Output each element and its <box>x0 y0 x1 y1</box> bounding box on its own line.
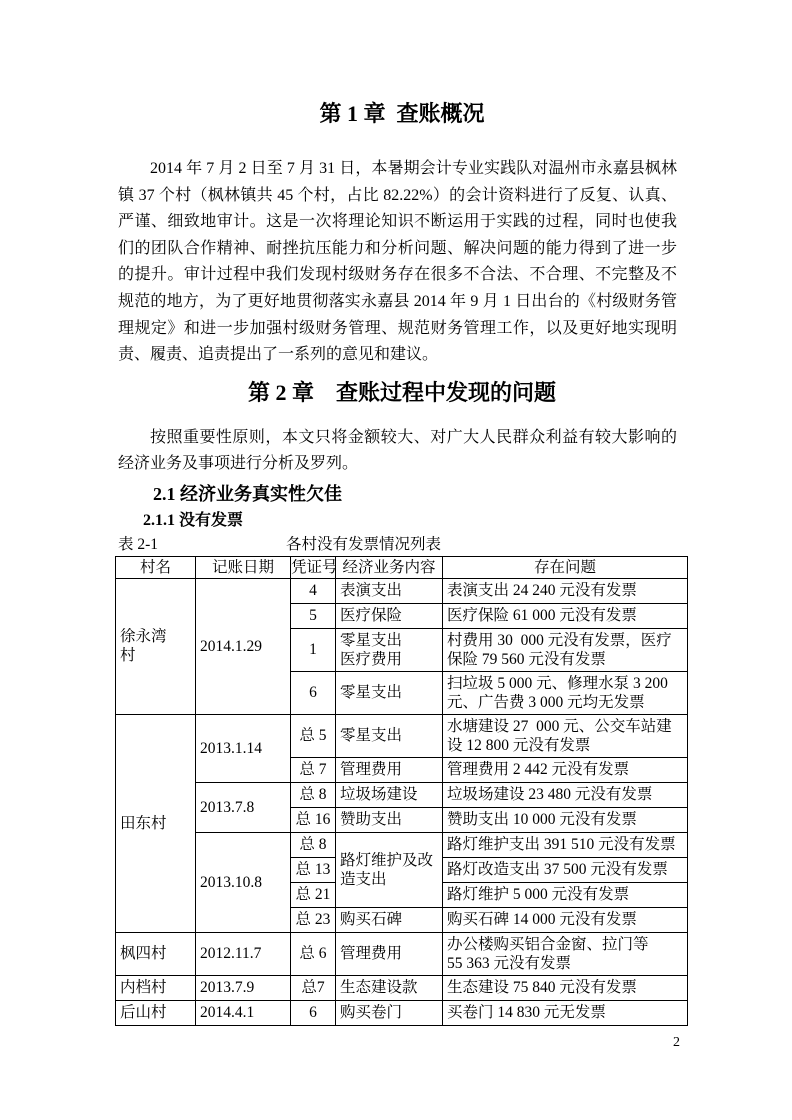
table-row: 2013.7.8总 8垃圾场建设垃圾场建设 23 480 元没有发票 <box>116 782 688 807</box>
table-cell: 路灯维护支出 391 510 元没有发票 <box>443 832 688 857</box>
document-page: 第 1 章 查账概况 2014 年 7 月 2 日至 7 月 31 日，本暑期会… <box>0 0 792 1120</box>
table-caption-label: 表 2-1 <box>118 534 158 555</box>
table-header-cell: 经济业务内容 <box>336 556 443 578</box>
chapter-1-heading: 第 1 章 查账概况 <box>115 98 689 130</box>
table-cell: 2013.10.8 <box>196 832 291 932</box>
table-cell: 总 6 <box>291 932 336 975</box>
table-cell: 总 13 <box>291 857 336 882</box>
table-cell: 生态建设 75 840 元没有发票 <box>443 975 688 1000</box>
chapter-1-paragraph: 2014 年 7 月 2 日至 7 月 31 日，本暑期会计专业实践队对温州市永… <box>118 156 677 369</box>
section-2-1-heading: 2.1 经济业务真实性欠佳 <box>153 480 689 508</box>
table-cell: 购买卷门 <box>336 1000 443 1025</box>
table-cell: 医疗保险 <box>336 603 443 628</box>
table-cell: 路灯维护及改造支出 <box>336 832 443 907</box>
table-cell: 2012.11.7 <box>196 932 291 975</box>
table-cell: 6 <box>291 671 336 714</box>
table-cell: 办公楼购买铝合金窗、拉门等 55 363 元没有发票 <box>443 932 688 975</box>
table-row: 内档村2013.7.9总7生态建设款生态建设 75 840 元没有发票 <box>116 975 688 1000</box>
table-cell: 扫垃圾 5 000 元、修理水泵 3 200 元、广告费 3 000 元均无发票 <box>443 671 688 714</box>
table-cell: 总 7 <box>291 757 336 782</box>
table-cell: 购买石碑 14 000 元没有发票 <box>443 907 688 932</box>
table-header-cell: 凭证号 <box>291 556 336 578</box>
table-row: 后山村2014.4.16购买卷门买卷门 14 830 元无发票 <box>116 1000 688 1025</box>
table-cell: 零星支出 <box>336 671 443 714</box>
table-cell: 总 8 <box>291 782 336 807</box>
table-cell: 2013.7.8 <box>196 782 291 832</box>
table-cell: 生态建设款 <box>336 975 443 1000</box>
table-cell: 5 <box>291 603 336 628</box>
table-cell: 管理费用 <box>336 757 443 782</box>
table-cell: 枫四村 <box>116 932 196 975</box>
table-cell: 总 8 <box>291 832 336 857</box>
table-cell: 徐永湾 村 <box>116 578 196 714</box>
table-cell: 垃圾场建设 23 480 元没有发票 <box>443 782 688 807</box>
table-header-cell: 记账日期 <box>196 556 291 578</box>
table-cell: 总7 <box>291 975 336 1000</box>
table-cell: 路灯改造支出 37 500 元没有发票 <box>443 857 688 882</box>
page-number: 2 <box>673 1034 680 1052</box>
table-cell: 4 <box>291 578 336 603</box>
table-cell: 管理费用 <box>336 932 443 975</box>
chapter-2-paragraph: 按照重要性原则，本文只将金额较大、对广大人民群众利益有较大影响的经济业务及事项进… <box>118 425 677 478</box>
table-header-row: 村名记账日期凭证号经济业务内容存在问题 <box>116 556 688 578</box>
table-cell: 路灯维护 5 000 元没有发票 <box>443 882 688 907</box>
table-cell: 购买石碑 <box>336 907 443 932</box>
table-cell: 2013.1.14 <box>196 714 291 782</box>
table-cell: 总 23 <box>291 907 336 932</box>
table-header-cell: 村名 <box>116 556 196 578</box>
table-cell: 表演支出 <box>336 578 443 603</box>
table-cell: 后山村 <box>116 1000 196 1025</box>
table-cell: 2014.4.1 <box>196 1000 291 1025</box>
table-cell: 6 <box>291 1000 336 1025</box>
table-cell: 2014.1.29 <box>196 578 291 714</box>
table-cell: 表演支出 24 240 元没有发票 <box>443 578 688 603</box>
table-caption-title: 各村没有发票情况列表 <box>286 534 441 555</box>
table-cell: 医疗保险 61 000 元没有发票 <box>443 603 688 628</box>
table-caption: 表 2-1 各村没有发票情况列表 <box>118 534 689 555</box>
table-cell: 赞助支出 <box>336 807 443 832</box>
table-cell: 2013.7.9 <box>196 975 291 1000</box>
table-cell: 买卷门 14 830 元无发票 <box>443 1000 688 1025</box>
table-cell: 垃圾场建设 <box>336 782 443 807</box>
table-cell: 田东村 <box>116 714 196 932</box>
table-cell: 总 21 <box>291 882 336 907</box>
chapter-2-heading: 第 2 章 查账过程中发现的问题 <box>115 377 689 409</box>
table-cell: 内档村 <box>116 975 196 1000</box>
table-cell: 1 <box>291 628 336 671</box>
table-cell: 管理费用 2 442 元没有发票 <box>443 757 688 782</box>
no-invoice-table: 村名记账日期凭证号经济业务内容存在问题 徐永湾 村2014.1.294表演支出表… <box>115 556 688 1026</box>
table-cell: 总 16 <box>291 807 336 832</box>
table-cell: 水塘建设 27 000 元、公交车站建设 12 800 元没有发票 <box>443 714 688 757</box>
table-row: 徐永湾 村2014.1.294表演支出表演支出 24 240 元没有发票 <box>116 578 688 603</box>
table-row: 田东村2013.1.14总 5零星支出水塘建设 27 000 元、公交车站建设 … <box>116 714 688 757</box>
table-row: 枫四村2012.11.7总 6管理费用办公楼购买铝合金窗、拉门等 55 363 … <box>116 932 688 975</box>
table-cell: 村费用 30 000 元没有发票，医疗保险 79 560 元没有发票 <box>443 628 688 671</box>
table-cell: 零星支出 医疗费用 <box>336 628 443 671</box>
table-cell: 零星支出 <box>336 714 443 757</box>
table-cell: 总 5 <box>291 714 336 757</box>
section-2-1-1-heading: 2.1.1 没有发票 <box>143 508 689 534</box>
table-cell: 赞助支出 10 000 元没有发票 <box>443 807 688 832</box>
table-header-cell: 存在问题 <box>443 556 688 578</box>
table-row: 2013.10.8总 8路灯维护及改造支出路灯维护支出 391 510 元没有发… <box>116 832 688 857</box>
